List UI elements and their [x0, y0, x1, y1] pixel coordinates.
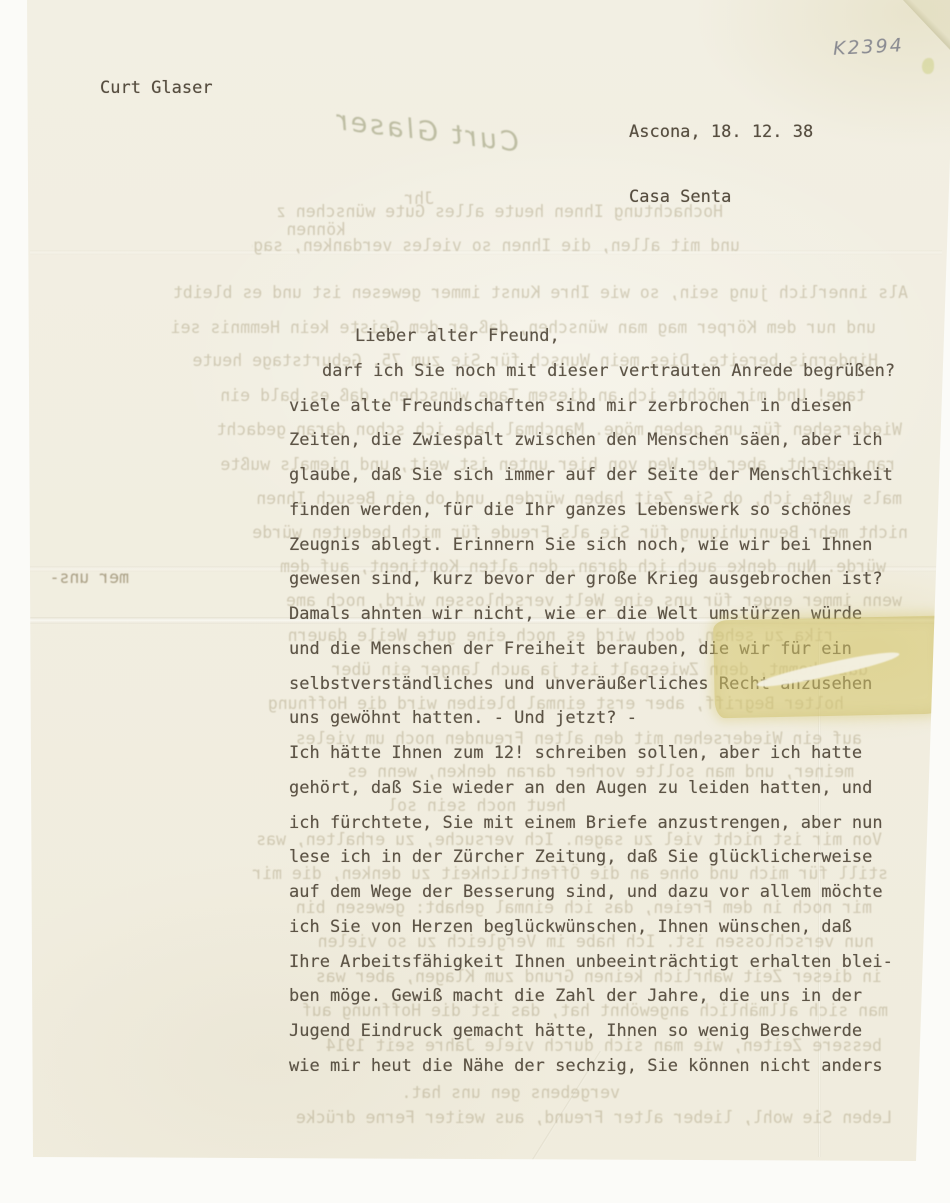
typed-line: Zeugnis ablegt. Erinnern Sie sich noch, …: [289, 535, 895, 570]
paper-sheet: JhrHochachtung Ihnen heute alles Gute wü…: [0, 0, 950, 1203]
typed-line: finden werden, für die Ihr ganzes Lebens…: [289, 500, 895, 535]
typed-line: gehört, daß Sie wieder an den Augen zu l…: [289, 778, 895, 813]
letter-place-date: Ascona, 18. 12. 38: [629, 122, 813, 144]
tape-tear: [755, 648, 900, 692]
typed-line: ben möge. Gewiß macht die Zahl der Jahre…: [289, 986, 895, 1021]
catalog-number: K2394: [832, 34, 904, 60]
scanned-letter-photo: JhrHochachtung Ihnen heute alles Gute wü…: [0, 0, 950, 1203]
typed-line: Lieber alter Freund,: [289, 326, 895, 361]
letter-address: Casa Senta: [629, 187, 813, 209]
typed-line: Ihre Arbeitsfähigkeit Ihnen unbeeinträch…: [289, 952, 895, 987]
stain: [922, 58, 934, 74]
ghost-line: Leben Sie wohl, lieber alter Freund, aus…: [120, 1108, 892, 1129]
ghost-line: mer uns-: [33, 568, 129, 589]
typed-line: Zeiten, die Zwiespalt zwischen den Mensc…: [289, 430, 895, 465]
typed-line: gewesen sind, kurz bevor der große Krieg…: [289, 569, 895, 604]
typed-line: glaube, daß Sie sich immer auf der Seite…: [289, 465, 895, 500]
typed-line: auf dem Wege der Besserung sind, und daz…: [289, 882, 895, 917]
ghost-line: Als innerlich jung sein, so wie Ihre Kun…: [96, 283, 908, 304]
letter-sender: Curt Glaser: [100, 78, 213, 98]
fold-mark: [903, 0, 950, 50]
typed-line: viele alte Freundschaften sind mir zerbr…: [289, 396, 895, 431]
typed-line: Ich hätte Ihnen zum 12! schreiben sollen…: [289, 743, 895, 778]
typed-line: darf ich Sie noch mit dieser vertrauten …: [289, 361, 895, 396]
typed-line: ich fürchtete, Sie mit einem Briefe anzu…: [289, 813, 895, 848]
typed-line: ich Sie von Herzen beglückwünschen, Ihne…: [289, 917, 895, 952]
letter-dateblock: Ascona, 18. 12. 38 Casa Senta: [629, 79, 813, 251]
typed-line: wie mir heut die Nähe der sechzig, Sie k…: [289, 1056, 895, 1091]
typed-line: Jugend Eindruck gemacht hätte, Ihnen so …: [289, 1021, 895, 1056]
typed-line: lese ich in der Zürcher Zeitung, daß Sie…: [289, 847, 895, 882]
handwriting-ghost: Curt Glaser: [331, 105, 521, 179]
tape-stain: [713, 616, 943, 719]
